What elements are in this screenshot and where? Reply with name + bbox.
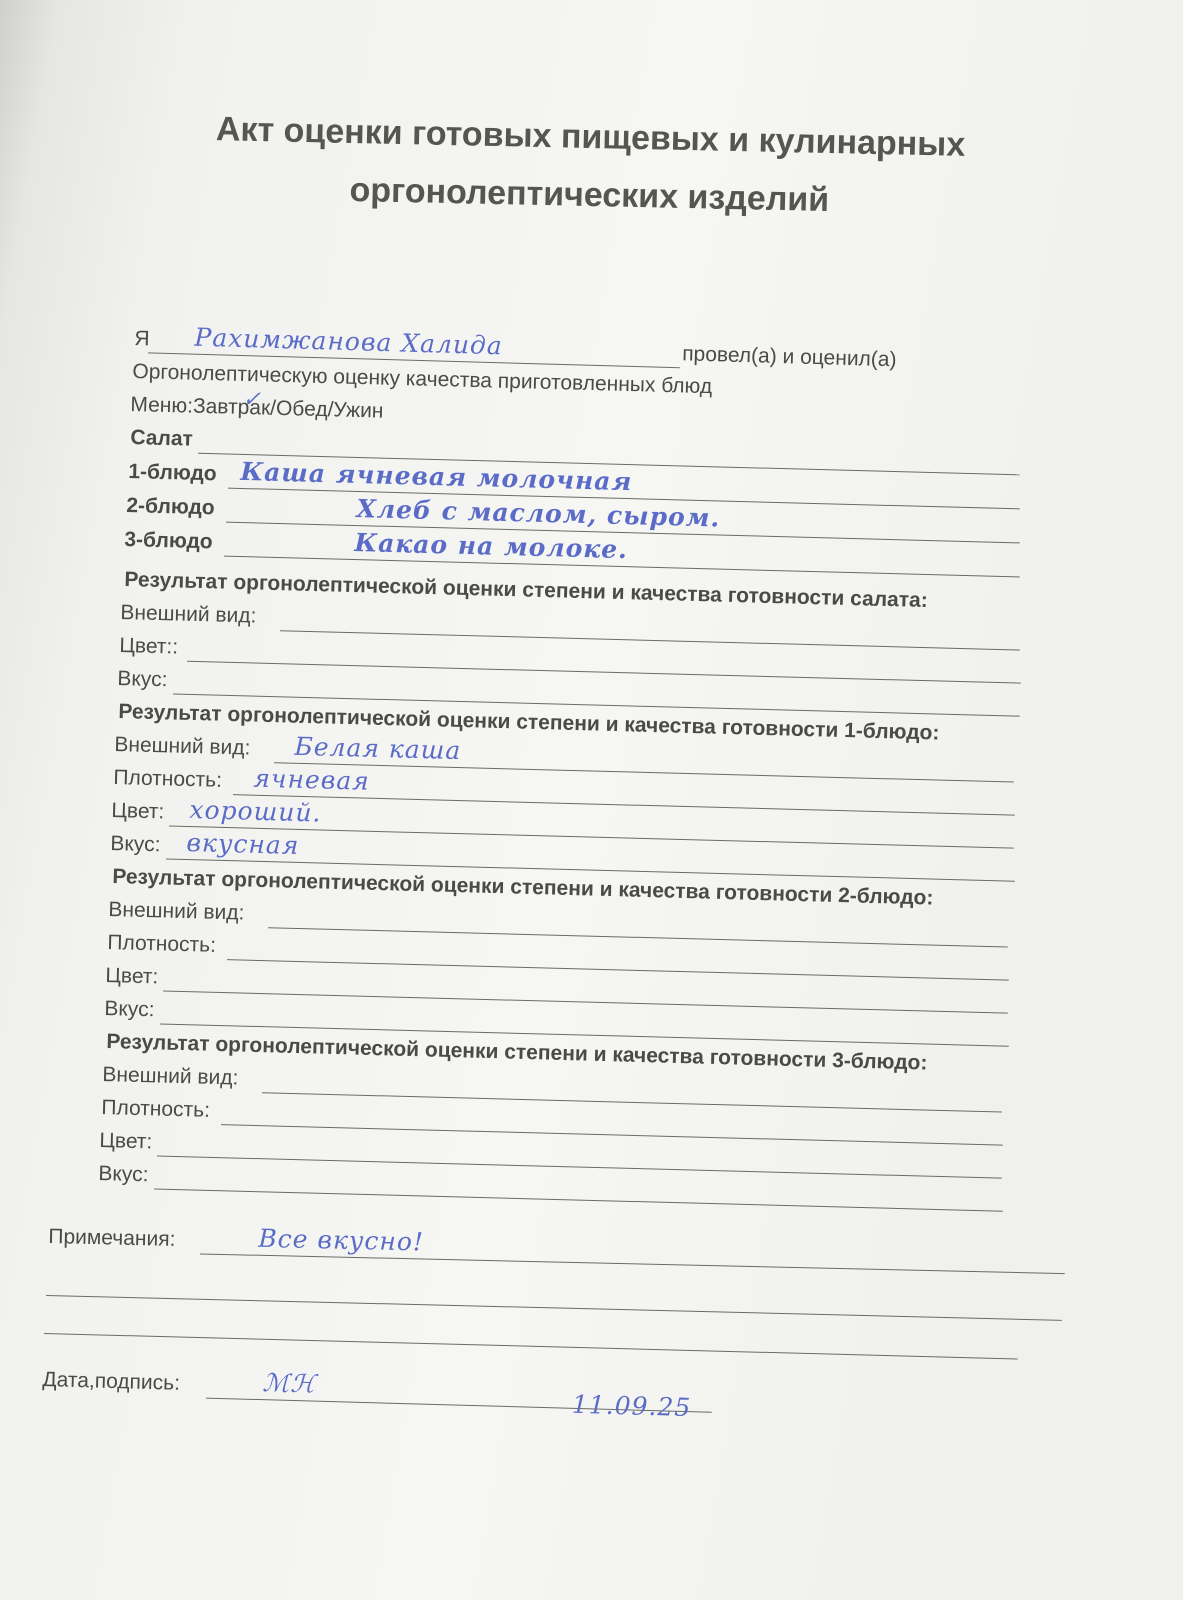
signature-row: Дата,подпись:ℳℋ11.09.25 bbox=[42, 1366, 713, 1415]
dish-row-3-label: 3-блюдо bbox=[124, 528, 213, 554]
document-page: Акт оценки готовых пищевых и кулинарных … bbox=[0, 0, 1183, 1600]
section-dish-2-field-3-label: Вкус: bbox=[104, 997, 155, 1022]
notes-extra-line-2-line[interactable] bbox=[44, 1333, 1018, 1359]
dish-row-3-value[interactable]: Какао на молоке. bbox=[354, 528, 628, 564]
section-dish-1-field-0-label: Внешний вид: bbox=[114, 733, 251, 761]
performer-row-label: Я bbox=[134, 327, 150, 351]
dish-row-2-label: 2-блюдо bbox=[126, 494, 215, 520]
notes-row-label: Примечания: bbox=[48, 1225, 176, 1252]
section-dish-3-field-3-line[interactable] bbox=[154, 1188, 1002, 1211]
section-dish-1-field-1-label: Плотность: bbox=[113, 766, 222, 793]
section-dish-3-field-1-label: Плотность: bbox=[101, 1096, 210, 1123]
section-dish-2-field-1-label: Плотность: bbox=[107, 931, 216, 958]
section-heading-dish-2: Результат оргонолептической оценки степе… bbox=[112, 863, 113, 893]
signature-row-value[interactable]: ℳℋ bbox=[262, 1368, 316, 1398]
document-title: Акт оценки готовых пищевых и кулинарных … bbox=[149, 99, 1031, 233]
section-salad-field-0-label: Внешний вид: bbox=[120, 601, 257, 629]
section-dish-1-field-2-value[interactable]: хороший. bbox=[189, 795, 322, 827]
section-dish-3-field-2-label: Цвет: bbox=[99, 1129, 153, 1154]
section-dish-1-field-1-value[interactable]: ячневая bbox=[253, 764, 370, 796]
dish-row-salad-label: Салат bbox=[130, 426, 193, 452]
section-salad-field-2-label: Вкус: bbox=[117, 667, 168, 692]
signature-row-label: Дата,подпись: bbox=[42, 1368, 180, 1396]
section-dish-2-field-2-label: Цвет: bbox=[105, 964, 159, 989]
section-heading-salad: Результат оргонолептической оценки степе… bbox=[124, 566, 125, 596]
notes-row: Примечания:Все вкусно! bbox=[48, 1223, 1065, 1276]
notes-row-value[interactable]: Все вкусно! bbox=[258, 1224, 424, 1257]
section-dish-3-field-3-label: Вкус: bbox=[98, 1162, 149, 1187]
notes-row-line[interactable] bbox=[200, 1253, 1065, 1274]
section-dish-1-field-3-value[interactable]: вкусная bbox=[186, 828, 300, 860]
section-dish-3-field-0-label: Внешний вид: bbox=[102, 1063, 239, 1091]
section-salad-field-1-label: Цвет:: bbox=[119, 634, 178, 660]
performer-row-tail: провел(а) и оценил(а) bbox=[682, 342, 897, 372]
menu-selected-check[interactable]: ✓ bbox=[242, 387, 262, 413]
section-dish-1-field-3-label: Вкус: bbox=[110, 832, 161, 857]
dish-row-1-label: 1-блюдо bbox=[128, 460, 217, 486]
section-dish-2-field-0-label: Внешний вид: bbox=[108, 898, 245, 926]
section-heading-dish-3: Результат оргонолептической оценки степе… bbox=[106, 1028, 107, 1058]
section-dish-1-field-0-value[interactable]: Белая каша bbox=[294, 732, 462, 765]
section-dish-1-field-2-label: Цвет: bbox=[111, 799, 165, 824]
section-heading-dish-1: Результат оргонолептической оценки степе… bbox=[118, 698, 119, 728]
signature-date[interactable]: 11.09.25 bbox=[572, 1390, 692, 1422]
